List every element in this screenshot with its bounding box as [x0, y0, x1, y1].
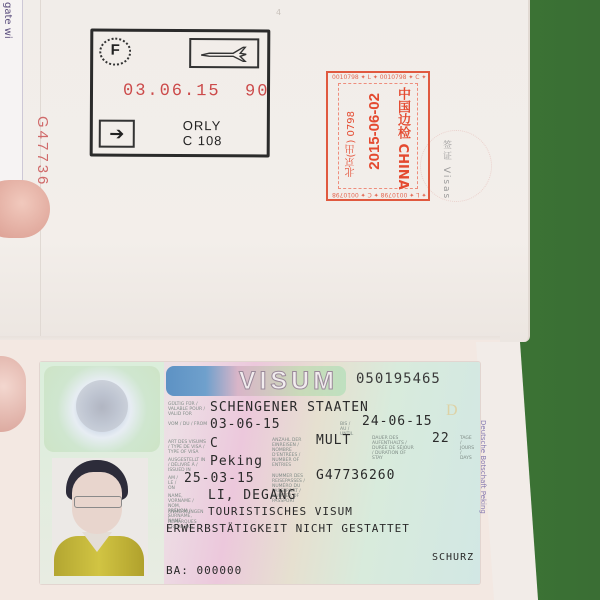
stamp-title: 中国边检 CHINA [393, 87, 412, 190]
stamp-date: 2015-06-02 [366, 93, 383, 170]
field-label: GÜLTIG FÜR / VALABLE POUR / VALID FOR [168, 402, 208, 417]
field-valid-for: SCHENGENER STAATEN [210, 400, 369, 415]
page-number: 4 [276, 8, 281, 17]
passport-page-upper: 4 F 03.06.15 90 ➔ ORLY C 108 0010798 ✦ L… [0, 0, 530, 342]
visas-rosette-watermark [420, 130, 492, 202]
field-name: LI, DEGANG [208, 488, 296, 503]
stamp-place: ORLY C 108 [183, 118, 223, 148]
perforated-passport-number: G47736 [34, 116, 51, 187]
field-visa-type: C [210, 436, 219, 451]
field-until: 24-06-15 [362, 414, 433, 429]
field-remarks-line2: ERWERBSTÄTIGKEIT NICHT GESTATTET [166, 522, 410, 535]
stamp-date: 03.06.15 90 [123, 82, 270, 102]
field-duration: 22 [432, 431, 450, 446]
visas-page-label: 签证 Visas [440, 140, 453, 200]
stamp-port: 北京(出) 0798 [344, 111, 359, 177]
country-mark: D [446, 402, 458, 420]
field-remarks: TOURISTISCHES VISUM [208, 505, 353, 518]
visum-title: VISUM [239, 367, 338, 396]
schengen-visa-sticker: VISUM 050195465 D GÜLTIG FÜR / VALABLE P… [40, 362, 480, 584]
field-from: 03-06-15 [210, 417, 281, 432]
field-issue-date: 25-03-15 [184, 471, 255, 486]
security-rosette [44, 366, 160, 452]
field-issued-in: Peking [210, 454, 263, 469]
visum-header-band: VISUM [166, 366, 346, 396]
field-entries: MULT [316, 433, 351, 448]
china-exit-stamp: 0010798 ✦ L ✦ 0010798 ✦ C ✦ 0010798 0010… [326, 71, 430, 201]
airport-name: ORLY [183, 118, 223, 133]
eu-stars-country-icon: F [99, 38, 131, 66]
ba-number: BA: 000000 [166, 564, 242, 577]
french-entry-stamp: F 03.06.15 90 ➔ ORLY C 108 [90, 29, 271, 158]
field-passport-number: G47736260 [316, 468, 395, 483]
embassy-side-stamp: Deutsche Botschaft Peking [478, 420, 487, 514]
border-post: C 108 [183, 133, 223, 148]
airplane-icon [189, 38, 259, 68]
holder-photo [52, 458, 148, 576]
officer-signature: SCHURZ [432, 552, 474, 563]
entry-arrow-icon: ➔ [99, 120, 135, 148]
visa-number: 050195465 [356, 371, 441, 387]
